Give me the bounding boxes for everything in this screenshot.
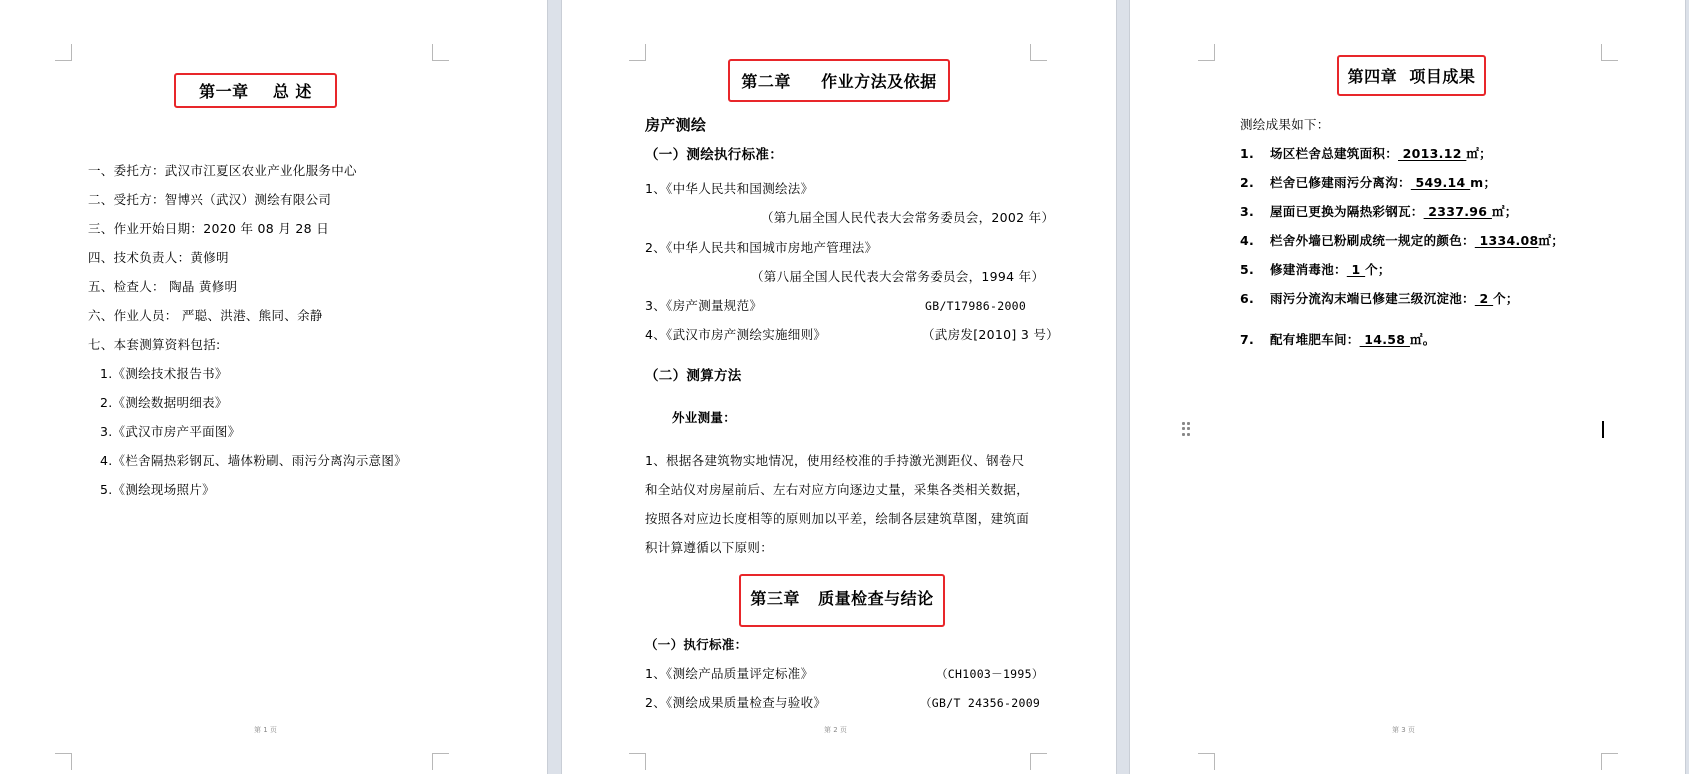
result-label: 栏舍已修建雨污分离沟： bbox=[1270, 175, 1411, 190]
result-number: 1. bbox=[1240, 146, 1270, 162]
section-heading: 房产测绘 bbox=[645, 116, 706, 134]
result-label: 雨污分流沟末端已修建三级沉淀池： bbox=[1270, 291, 1475, 306]
margin-corner-mark bbox=[629, 44, 646, 61]
chapter-1-title: 第一章 总 述 bbox=[199, 79, 312, 102]
standard-item: 2、《中华人民共和国城市房地产管理法》 bbox=[645, 240, 877, 256]
result-value: 14.58 bbox=[1360, 332, 1410, 347]
material-item: 2.《测绘数据明细表》 bbox=[100, 395, 228, 411]
page-separator bbox=[1116, 0, 1130, 774]
result-item: 2.栏舍已修建雨污分离沟： 549.14 m； bbox=[1240, 175, 1496, 191]
result-number: 6. bbox=[1240, 291, 1270, 307]
margin-corner-mark bbox=[1601, 753, 1618, 770]
result-value: 549.14 bbox=[1411, 175, 1470, 190]
margin-corner-mark bbox=[1030, 44, 1047, 61]
standard-note: （第九届全国人民代表大会常务委员会，2002 年） bbox=[761, 210, 1054, 226]
standard-item: 1、《测绘产品质量评定标准》 bbox=[645, 666, 813, 682]
margin-corner-mark bbox=[432, 753, 449, 770]
result-number: 2. bbox=[1240, 175, 1270, 191]
result-value: 1 bbox=[1347, 262, 1365, 277]
result-label: 场区栏舍总建筑面积： bbox=[1270, 146, 1398, 161]
result-unit: ㎡； bbox=[1539, 233, 1565, 248]
start-date-line: 三、作业开始日期：2020 年 08 月 28 日 bbox=[88, 221, 329, 237]
staff-line: 六、作业人员： 严聪、洪港、熊同、余静 bbox=[88, 308, 323, 324]
result-item: 7.配有堆肥车间： 14.58 ㎡。 bbox=[1240, 332, 1436, 348]
client-line: 一、委托方：武汉市江夏区农业产业化服务中心 bbox=[88, 163, 357, 179]
result-value: 2 bbox=[1475, 291, 1493, 306]
result-value: 2337.96 bbox=[1424, 204, 1492, 219]
chapter-4-highlight-box: 第四章 项目成果 bbox=[1337, 55, 1486, 96]
result-item: 5.修建消毒池： 1 个； bbox=[1240, 262, 1391, 278]
standard-code: （CH1003－1995） bbox=[936, 666, 1044, 682]
chapter-2-highlight-box: 第二章 作业方法及依据 bbox=[728, 59, 950, 102]
paragraph-line: 积计算遵循以下原则： bbox=[645, 540, 773, 556]
result-number: 4. bbox=[1240, 233, 1270, 249]
chapter-3-title: 第三章 质量检查与结论 bbox=[750, 586, 933, 609]
result-item: 3.屋面已更换为隔热彩钢瓦： 2337.96 ㎡； bbox=[1240, 204, 1518, 220]
results-intro: 测绘成果如下： bbox=[1240, 117, 1330, 133]
margin-corner-mark bbox=[55, 44, 72, 61]
material-item: 5.《测绘现场照片》 bbox=[100, 482, 215, 498]
subsection-heading: （一）测绘执行标准： bbox=[645, 147, 783, 163]
result-unit: ㎡； bbox=[1466, 146, 1492, 161]
paragraph-line: 按照各对应边长度相等的原则加以平差，绘制各层建筑草图，建筑面 bbox=[645, 511, 1029, 527]
result-number: 3. bbox=[1240, 204, 1270, 220]
page-number: 第 2 页 bbox=[824, 725, 847, 735]
chapter-4-title: 第四章 项目成果 bbox=[1348, 64, 1476, 87]
result-unit: 个； bbox=[1493, 291, 1519, 306]
result-value: 1334.08 bbox=[1475, 233, 1539, 248]
result-item: 4.栏舍外墙已粉刷成统一规定的颜色： 1334.08㎡； bbox=[1240, 233, 1564, 249]
page-separator bbox=[547, 0, 562, 774]
paragraph-line: 1、根据各建筑物实地情况，使用经校准的手持激光测距仪、钢卷尺 bbox=[645, 453, 1024, 469]
chapter-3-highlight-box: 第三章 质量检查与结论 bbox=[739, 574, 945, 627]
result-label: 配有堆肥车间： bbox=[1270, 332, 1360, 347]
result-item: 6.雨污分流沟末端已修建三级沉淀池： 2 个； bbox=[1240, 291, 1519, 307]
standard-code: （武房发[2010] 3 号） bbox=[922, 327, 1059, 343]
standard-item: 2、《测绘成果质量检查与验收》 bbox=[645, 695, 826, 711]
material-item: 4.《栏舍隔热彩钢瓦、墙体粉刷、雨污分离沟示意图》 bbox=[100, 453, 407, 469]
paragraph-line: 和全站仪对房屋前后、左右对应方向逐边丈量，采集各类相关数据， bbox=[645, 482, 1029, 498]
margin-corner-mark bbox=[629, 753, 646, 770]
subsection-heading: （二）测算方法 bbox=[645, 368, 742, 384]
document-page-2[interactable]: 第二章 作业方法及依据 房产测绘 （一）测绘执行标准： 1、《中华人民共和国测绘… bbox=[562, 0, 1116, 774]
inspector-line: 五、检查人： 陶晶 黄修明 bbox=[88, 279, 237, 295]
standard-note: （第八届全国人民代表大会常务委员会，1994 年） bbox=[751, 269, 1044, 285]
result-item: 1.场区栏舍总建筑面积： 2013.12 ㎡； bbox=[1240, 146, 1492, 162]
margin-corner-mark bbox=[432, 44, 449, 61]
document-page-1[interactable]: 第一章 总 述 一、委托方：武汉市江夏区农业产业化服务中心 二、受托方：智博兴（… bbox=[0, 0, 547, 774]
result-unit: ㎡。 bbox=[1410, 332, 1436, 347]
result-unit: 个； bbox=[1365, 262, 1391, 277]
technical-lead-line: 四、技术负责人：黄修明 bbox=[88, 250, 229, 266]
margin-corner-mark bbox=[1601, 44, 1618, 61]
standard-code: GB/T17986-2000 bbox=[925, 298, 1026, 314]
standard-code: （GB/T 24356-2009 bbox=[920, 695, 1040, 711]
material-item: 3.《武汉市房产平面图》 bbox=[100, 424, 241, 440]
result-unit: m； bbox=[1470, 175, 1496, 190]
result-label: 修建消毒池： bbox=[1270, 262, 1347, 277]
result-number: 5. bbox=[1240, 262, 1270, 278]
page-number: 第 3 页 bbox=[1392, 725, 1415, 735]
margin-corner-mark bbox=[1198, 753, 1215, 770]
material-item: 1.《测绘技术报告书》 bbox=[100, 366, 228, 382]
chapter-2-title: 第二章 作业方法及依据 bbox=[741, 69, 936, 92]
field-survey-heading: 外业测量： bbox=[672, 410, 736, 426]
margin-corner-mark bbox=[1198, 44, 1215, 61]
contractor-line: 二、受托方：智博兴（武汉）测绘有限公司 bbox=[88, 192, 331, 208]
page-separator bbox=[1685, 0, 1689, 774]
text-cursor bbox=[1602, 421, 1604, 438]
subsection-heading: （一）执行标准： bbox=[645, 637, 747, 653]
result-value: 2013.12 bbox=[1398, 146, 1466, 161]
result-number: 7. bbox=[1240, 332, 1270, 348]
result-unit: ㎡； bbox=[1492, 204, 1518, 219]
margin-corner-mark bbox=[1030, 753, 1047, 770]
result-label: 屋面已更换为隔热彩钢瓦： bbox=[1270, 204, 1424, 219]
materials-heading: 七、本套测算资料包括: bbox=[88, 337, 221, 353]
result-label: 栏舍外墙已粉刷成统一规定的颜色： bbox=[1270, 233, 1475, 248]
chapter-1-highlight-box: 第一章 总 述 bbox=[174, 73, 337, 108]
page-number: 第 1 页 bbox=[254, 725, 277, 735]
margin-corner-mark bbox=[55, 753, 72, 770]
document-page-3[interactable]: 第四章 项目成果 测绘成果如下： 1.场区栏舍总建筑面积： 2013.12 ㎡；… bbox=[1130, 0, 1685, 774]
standard-item: 3、《房产测量规范》 bbox=[645, 298, 762, 314]
standard-item: 1、《中华人民共和国测绘法》 bbox=[645, 181, 813, 197]
standard-item: 4、《武汉市房产测绘实施细则》 bbox=[645, 327, 826, 343]
drag-handle-icon[interactable] bbox=[1182, 422, 1190, 436]
